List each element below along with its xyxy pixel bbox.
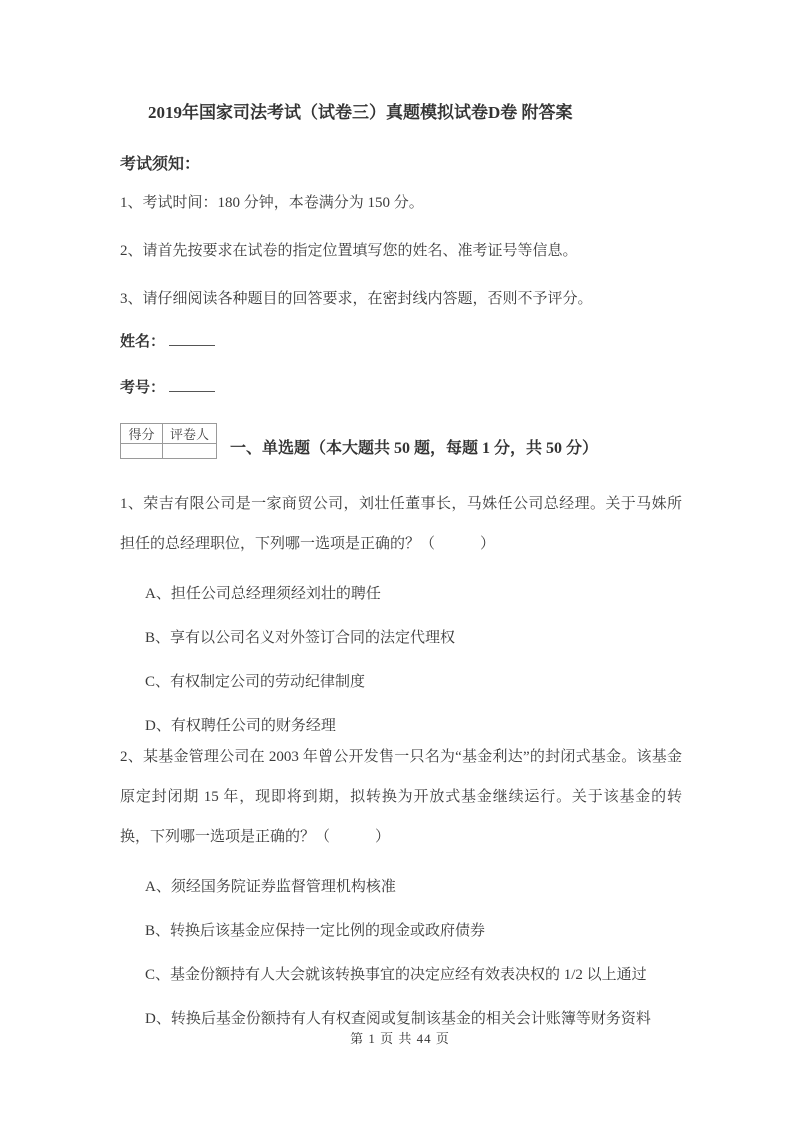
- score-table-header-score: 得分: [121, 424, 163, 444]
- question-1-option-b: B、享有以公司名义对外签订合同的法定代理权: [120, 628, 682, 648]
- question-2-option-a: A、须经国务院证券监督管理机构核准: [120, 877, 682, 897]
- question-1: 1、荣吉有限公司是一家商贸公司，刘壮任董事长，马姝任公司总经理。关于马姝所担任的…: [120, 484, 682, 736]
- question-2-option-d: D、转换后基金份额持有人有权查阅或复制该基金的相关会计账簿等财务资料: [120, 1009, 682, 1029]
- score-table-cell-score: [121, 444, 163, 459]
- score-table-cell-grader: [163, 444, 217, 459]
- question-2-text: 2、某基金管理公司在 2003 年曾公开发售一只名为“基金利达”的封闭式基金。该…: [120, 737, 682, 857]
- question-2-option-c: C、基金份额持有人大会就该转换事宜的决定应经有效表决权的 1/2 以上通过: [120, 965, 682, 985]
- exam-number-field-row: 考号：: [120, 376, 682, 397]
- exam-number-blank-line: [169, 377, 215, 392]
- question-1-option-c: C、有权制定公司的劳动纪律制度: [120, 672, 682, 692]
- page-title: 2019年国家司法考试（试卷三）真题模拟试卷D卷 附答案: [120, 100, 682, 126]
- question-1-text: 1、荣吉有限公司是一家商贸公司，刘壮任董事长，马姝任公司总经理。关于马姝所担任的…: [120, 484, 682, 564]
- exam-number-label: 考号：: [120, 380, 165, 396]
- question-2: 2、某基金管理公司在 2003 年曾公开发售一只名为“基金利达”的封闭式基金。该…: [120, 737, 682, 1029]
- score-table: 得分 评卷人: [120, 423, 217, 459]
- notice-item-2: 2、请首先按要求在试卷的指定位置填写您的姓名、准考证号等信息。: [120, 240, 682, 262]
- name-blank-line: [169, 331, 215, 346]
- section-heading: 一、单选题（本大题共 50 题，每题 1 分，共 50 分）: [230, 440, 598, 459]
- name-field-row: 姓名：: [120, 330, 682, 351]
- notice-item-3: 3、请仔细阅读各种题目的回答要求，在密封线内答题，否则不予评分。: [120, 288, 682, 310]
- score-table-header-grader: 评卷人: [163, 424, 217, 444]
- question-2-option-b: B、转换后该基金应保持一定比例的现金或政府债券: [120, 921, 682, 941]
- question-1-option-a: A、担任公司总经理须经刘壮的聘任: [120, 584, 682, 604]
- name-label: 姓名：: [120, 334, 165, 350]
- document-page: 2019年国家司法考试（试卷三）真题模拟试卷D卷 附答案 考试须知： 1、考试时…: [0, 0, 800, 1132]
- exam-notice-heading: 考试须知：: [120, 151, 682, 174]
- question-1-option-d: D、有权聘任公司的财务经理: [120, 716, 682, 736]
- score-table-row: 得分 评卷人 一、单选题（本大题共 50 题，每题 1 分，共 50 分）: [120, 423, 682, 459]
- page-number-footer: 第 1 页 共 44 页: [0, 1028, 800, 1047]
- notice-item-1: 1、考试时间：180 分钟，本卷满分为 150 分。: [120, 192, 682, 214]
